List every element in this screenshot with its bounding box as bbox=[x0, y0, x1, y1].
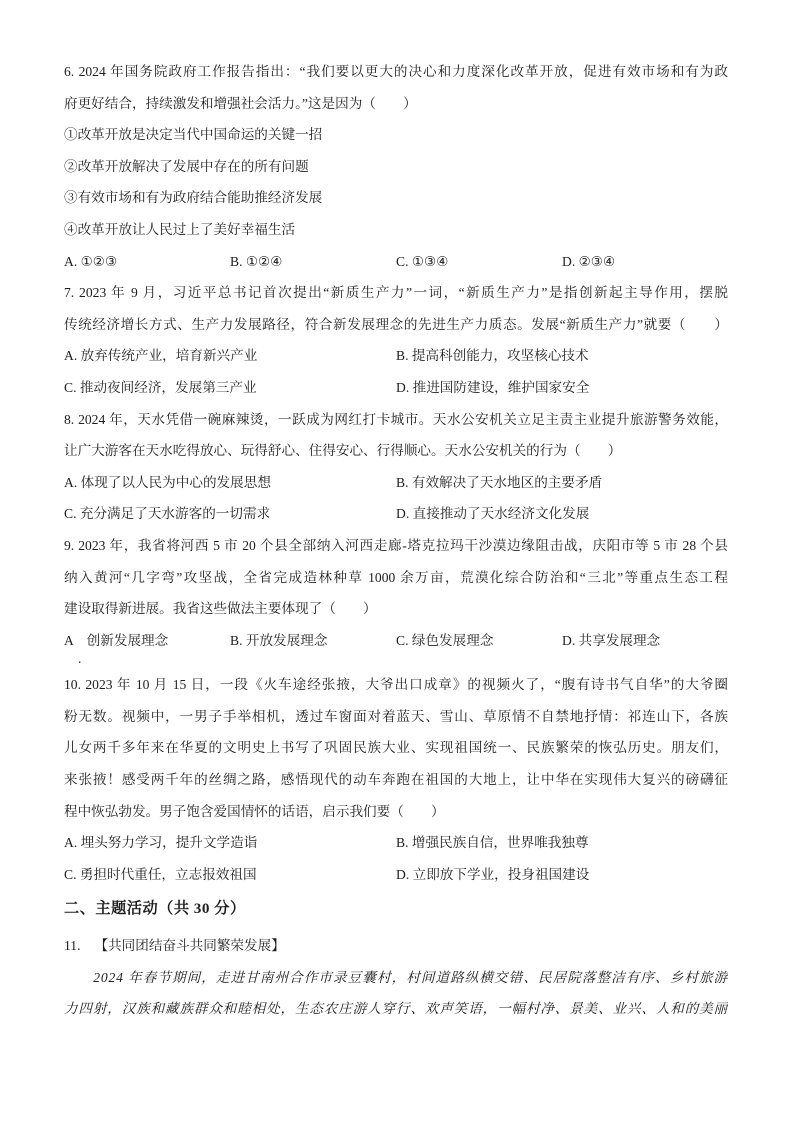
question-11: 11.【共同团结奋斗共同繁荣发展】 2024 年春节期间，走进甘南州合作市录豆囊… bbox=[64, 930, 728, 1025]
question-8: 8. 2024 年，天水凭借一碗麻辣烫，一跃成为网红打卡城市。天水公安机关立足主… bbox=[64, 404, 728, 530]
question-6-stem-line: 6. 2024 年国务院政府工作报告指出：“我们要以更大的决心和力度深化改革开放… bbox=[64, 56, 728, 88]
question-9-option-c: C. 绿色发展理念 bbox=[396, 625, 562, 657]
question-10-options: A. 埋头努力学习，提升文学造诣 B. 增强民族自信，世界唯我独尊 C. 勇担时… bbox=[64, 827, 728, 890]
question-10-stem-line: 儿女两千多年来在华夏的文明史上书写了巩固民族大业、实现祖国统一、民族繁荣的恢弘历… bbox=[64, 732, 728, 764]
question-6: 6. 2024 年国务院政府工作报告指出：“我们要以更大的决心和力度深化改革开放… bbox=[64, 56, 728, 277]
question-9-stem-line: 纳入黄河“几字弯”攻坚战，全省完成造林种草 1000 余万亩，荒漠化综合防治和“… bbox=[64, 562, 728, 594]
question-8-option-c: C. 充分满足了天水游客的一切需求 bbox=[64, 498, 396, 530]
question-11-paragraph-line: 2024 年春节期间，走进甘南州合作市录豆囊村，村间道路纵横交错、民居院落整洁有… bbox=[64, 962, 728, 994]
question-10-stem-line: 程中恢弘勃发。男子饱含爱国情怀的话语，启示我们要（ ） bbox=[64, 796, 728, 828]
question-8-stem-line: 让广大游客在天水吃得放心、玩得舒心、住得安心、行得顺心。天水公安机关的行为（ ） bbox=[64, 435, 728, 467]
question-9-option-d: D. 共享发展理念 bbox=[562, 625, 728, 657]
question-6-stem-line: 府更好结合，持续激发和增强社会活力。”这是因为（ ） bbox=[64, 88, 728, 120]
page-content: 6. 2024 年国务院政府工作报告指出：“我们要以更大的决心和力度深化改革开放… bbox=[0, 0, 793, 1025]
question-9-options: A 创新发展理念 B. 开放发展理念 C. 绿色发展理念 D. 共享发展理念 bbox=[64, 625, 728, 657]
section-2-heading: 二、主题活动（共 30 分） bbox=[64, 893, 728, 925]
question-6-option-c: C. ①③④ bbox=[396, 246, 562, 278]
question-10-stem-line: 粉无数。视频中，一男子手举相机，透过车窗面对着蓝天、雪山、草原情不自禁地抒情：祁… bbox=[64, 701, 728, 733]
question-8-option-b: B. 有效解决了天水地区的主要矛盾 bbox=[396, 467, 728, 499]
question-7-options: A. 放弃传统产业，培育新兴产业 B. 提高科创能力，攻坚核心技术 C. 推动夜… bbox=[64, 340, 728, 403]
exam-paper-page: 6. 2024 年国务院政府工作报告指出：“我们要以更大的决心和力度深化改革开放… bbox=[0, 0, 793, 1122]
question-6-choice-1: ①改革开放是决定当代中国命运的关键一招 bbox=[64, 119, 728, 151]
question-7-option-c: C. 推动夜间经济，发展第三产业 bbox=[64, 372, 396, 404]
question-7-option-d: D. 推进国防建设，维护国家安全 bbox=[396, 372, 728, 404]
question-7-option-b: B. 提高科创能力，攻坚核心技术 bbox=[396, 340, 728, 372]
question-9: 9. 2023 年，我省将河西 5 市 20 个县全部纳入河西走廊-塔克拉玛干沙… bbox=[64, 530, 728, 669]
question-10: 10. 2023 年 10 月 15 日，一段《火车途经张掖，大爷出口成章》的视… bbox=[64, 669, 728, 890]
question-6-choice-4: ④改革开放让人民过上了美好幸福生活 bbox=[64, 214, 728, 246]
question-6-option-d: D. ②③④ bbox=[562, 246, 728, 278]
question-10-option-c: C. 勇担时代重任，立志报效祖国 bbox=[64, 859, 396, 891]
question-9-option-b: B. 开放发展理念 bbox=[230, 625, 396, 657]
question-6-option-b: B. ①②④ bbox=[230, 246, 396, 278]
question-8-option-d: D. 直接推动了天水经济文化发展 bbox=[396, 498, 728, 530]
question-8-options: A. 体现了以人民为中心的发展思想 B. 有效解决了天水地区的主要矛盾 C. 充… bbox=[64, 467, 728, 530]
question-11-paragraph-line: 力四射，汉族和藏族群众和睦相处，生态农庄游人穿行、欢声笑语，一幅村净、景美、业兴… bbox=[64, 993, 728, 1025]
question-9-option-a: A 创新发展理念 bbox=[64, 625, 230, 657]
question-6-option-a: A. ①②③ bbox=[64, 246, 230, 278]
question-6-choice-2: ②改革开放解决了发展中存在的所有问题 bbox=[64, 151, 728, 183]
question-7-stem-line: 传统经济增长方式、生产力发展路径，符合新发展理念的先进生产力质态。发展“新质生产… bbox=[64, 309, 728, 341]
question-9-stem-line: 9. 2023 年，我省将河西 5 市 20 个县全部纳入河西走廊-塔克拉玛干沙… bbox=[64, 530, 728, 562]
question-10-stem-line: 10. 2023 年 10 月 15 日，一段《火车途经张掖，大爷出口成章》的视… bbox=[64, 669, 728, 701]
question-7: 7. 2023 年 9 月，习近平总书记首次提出“新质生产力”一词，“新质生产力… bbox=[64, 277, 728, 403]
question-9-stem-line: 建设取得新进展。我省这些做法主要体现了（ ） bbox=[64, 593, 728, 625]
question-11-title-line: 11.【共同团结奋斗共同繁荣发展】 bbox=[64, 930, 728, 962]
question-10-option-d: D. 立即放下学业，投身祖国建设 bbox=[396, 859, 728, 891]
question-7-stem-line: 7. 2023 年 9 月，习近平总书记首次提出“新质生产力”一词，“新质生产力… bbox=[64, 277, 728, 309]
question-11-topic-title: 【共同团结奋斗共同繁荣发展】 bbox=[95, 938, 285, 953]
question-6-choice-3: ③有效市场和有为政府结合能助推经济发展 bbox=[64, 182, 728, 214]
question-10-option-b: B. 增强民族自信，世界唯我独尊 bbox=[396, 827, 728, 859]
stray-period-mark: . bbox=[64, 656, 728, 669]
question-10-stem-line: 来张掖！感受两千年的丝绸之路，感悟现代的动车奔跑在祖国的大地上，让中华在实现伟大… bbox=[64, 764, 728, 796]
question-7-option-a: A. 放弃传统产业，培育新兴产业 bbox=[64, 340, 396, 372]
question-11-number: 11. bbox=[64, 938, 81, 953]
question-8-stem-line: 8. 2024 年，天水凭借一碗麻辣烫，一跃成为网红打卡城市。天水公安机关立足主… bbox=[64, 404, 728, 436]
question-8-option-a: A. 体现了以人民为中心的发展思想 bbox=[64, 467, 396, 499]
question-6-options: A. ①②③ B. ①②④ C. ①③④ D. ②③④ bbox=[64, 246, 728, 278]
question-10-option-a: A. 埋头努力学习，提升文学造诣 bbox=[64, 827, 396, 859]
